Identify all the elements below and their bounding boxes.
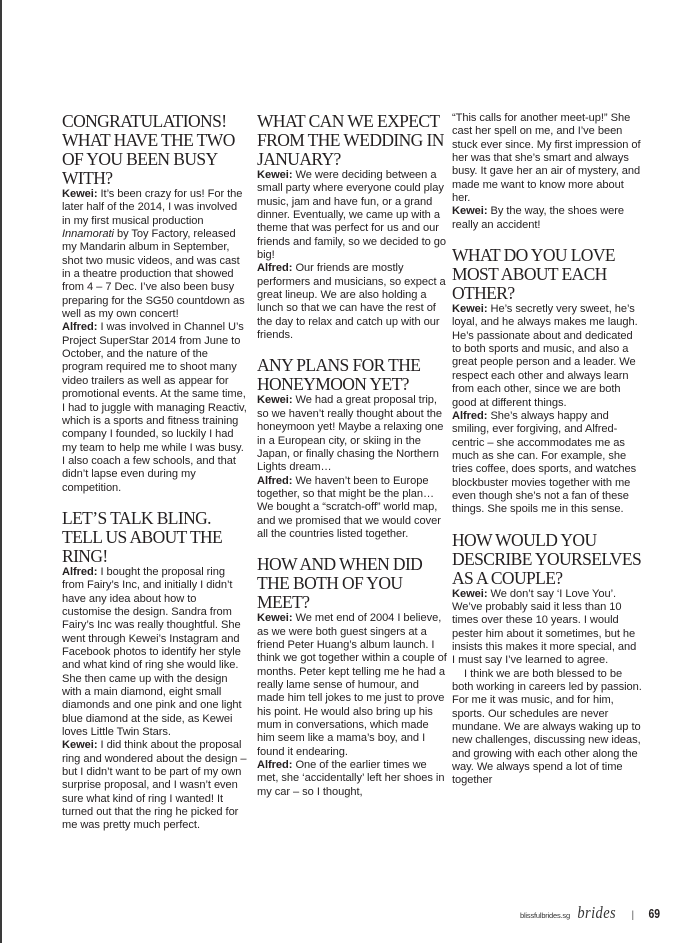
footer-separator: |: [631, 910, 634, 921]
answer-paragraph: Alfred: I bought the proposal ring from …: [62, 566, 248, 739]
section-honeymoon: Any plans for the honeymoon yet? Kewei: …: [257, 356, 447, 541]
speaker-label: Kewei:: [62, 188, 97, 200]
answer-paragraph: Kewei: We don’t say ‘I Love You’. We’ve …: [452, 588, 642, 668]
speaker-label: Alfred:: [62, 321, 97, 333]
section-meet: How and when did the both of you meet? K…: [257, 555, 447, 799]
answer-paragraph: Kewei: We had a great proposal trip, so …: [257, 394, 447, 474]
speaker-label: Alfred:: [452, 410, 487, 422]
section-love: What do you love most about each other? …: [452, 246, 642, 517]
answer-paragraph: “This calls for another meet-up!” She ca…: [452, 112, 642, 205]
speaker-label: Kewei:: [257, 169, 292, 181]
answer-paragraph: Kewei: It’s been crazy for us! For the l…: [62, 188, 248, 321]
speaker-label: Alfred:: [257, 262, 292, 274]
section-heading: How would you describe yourselves as a c…: [452, 531, 642, 588]
section-heading: Any plans for the honeymoon yet?: [257, 356, 447, 394]
answer-paragraph: Alfred: One of the earlier times we met,…: [257, 759, 447, 799]
answer-paragraph: Alfred: We haven’t been to Europe togeth…: [257, 475, 447, 542]
speaker-label: Kewei:: [452, 588, 487, 600]
section-heading: Let’s talk bling. Tell us about the ring…: [62, 509, 248, 566]
page-edge: [0, 0, 2, 943]
answer-paragraph: I think we are both blessed to be both w…: [452, 668, 642, 788]
section-heading: Congratulations! What have the two of yo…: [62, 112, 248, 188]
answer-paragraph: Kewei: By the way, the shoes were really…: [452, 205, 642, 232]
section-heading: How and when did the both of you meet?: [257, 555, 447, 612]
section-ring: Let’s talk bling. Tell us about the ring…: [62, 509, 248, 833]
magazine-logo: brides: [577, 903, 616, 923]
section-heading: What can we expect from the wedding in J…: [257, 112, 447, 169]
speaker-label: Kewei:: [257, 394, 292, 406]
section-wedding: What can we expect from the wedding in J…: [257, 112, 447, 342]
speaker-label: Alfred:: [257, 475, 292, 487]
answer-paragraph: Kewei: We met end of 2004 I believe, as …: [257, 612, 447, 759]
section-heading: What do you love most about each other?: [452, 246, 642, 303]
answer-paragraph: Kewei: We were deciding between a small …: [257, 169, 447, 262]
section-couple: How would you describe yourselves as a c…: [452, 531, 642, 788]
column-3: “This calls for another meet-up!” She ca…: [452, 112, 642, 802]
answer-paragraph: Kewei: He’s secretly very sweet, he’s lo…: [452, 303, 642, 410]
page-footer: blissfulbrides.sg brides | 69: [520, 903, 662, 923]
speaker-label: Kewei:: [257, 612, 292, 624]
answer-paragraph: Alfred: She’s always happy and smiling, …: [452, 410, 642, 517]
answer-paragraph: Kewei: I did think about the proposal ri…: [62, 739, 248, 832]
speaker-label: Alfred:: [62, 566, 97, 578]
section-meet-continued: “This calls for another meet-up!” She ca…: [452, 112, 642, 232]
speaker-label: Kewei:: [452, 205, 487, 217]
answer-paragraph: Alfred: Our friends are mostly performer…: [257, 262, 447, 342]
speaker-label: Alfred:: [257, 759, 292, 771]
speaker-label: Kewei:: [452, 303, 487, 315]
section-busy: Congratulations! What have the two of yo…: [62, 112, 248, 495]
speaker-label: Kewei:: [62, 739, 97, 751]
column-2: What can we expect from the wedding in J…: [257, 112, 447, 813]
page-number: 69: [649, 906, 661, 921]
answer-paragraph: Alfred: I was involved in Channel U’s Pr…: [62, 321, 248, 494]
website-url: blissfulbrides.sg: [520, 911, 570, 920]
column-1: Congratulations! What have the two of yo…: [62, 112, 248, 847]
